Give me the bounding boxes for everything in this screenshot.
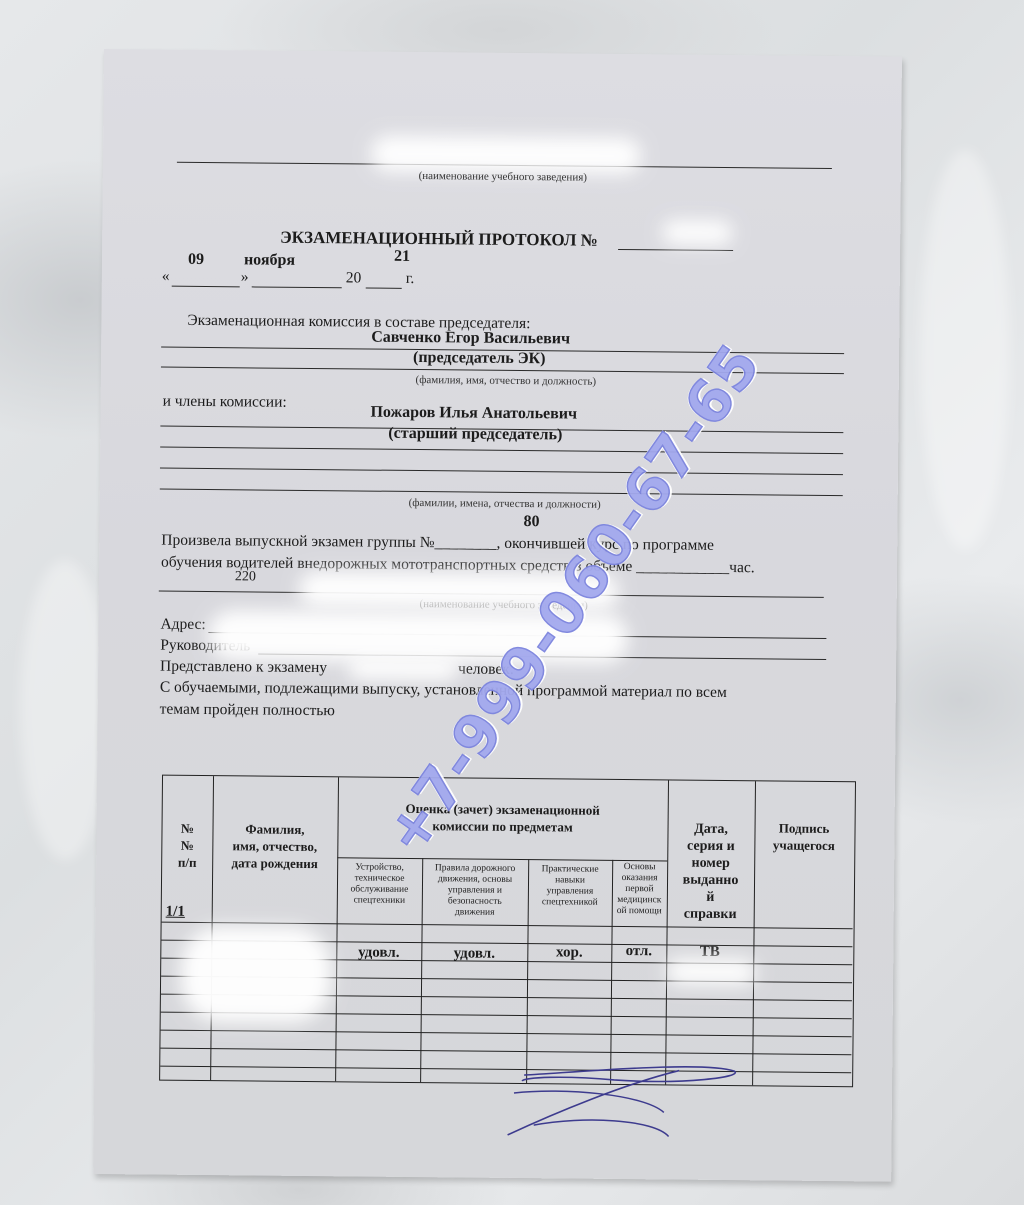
group-number: 80	[523, 513, 539, 531]
redacted-certificate-number	[666, 958, 756, 985]
row-number: 1/1	[166, 904, 185, 921]
date-month-line	[252, 286, 342, 288]
col-header-subject-4: Основы оказания первой медицинск ой помо…	[612, 862, 668, 918]
col-header-name: Фамилия, имя, отчество, дата рождения	[212, 820, 337, 872]
grade-subject-3: хор.	[527, 944, 611, 962]
members-line-4	[160, 489, 843, 497]
hours-value: 220	[235, 569, 256, 585]
presented-label: Представлено к экзамену	[160, 658, 327, 678]
date-day: 09	[188, 251, 204, 269]
col-header-signature: Подпись учащегося	[754, 819, 853, 854]
date-year-line	[366, 288, 402, 289]
grade-subject-2: удовл.	[421, 945, 527, 963]
grade-subject-4: отл.	[611, 943, 666, 961]
redacted-institution	[371, 136, 641, 175]
members-line-3	[160, 468, 843, 476]
redacted-protocol-number	[662, 220, 732, 245]
date-day-line	[172, 286, 240, 288]
grade-subject-1: удовл.	[336, 944, 421, 962]
address-label: Адрес:	[160, 616, 205, 634]
date-year-abbr: г.	[406, 270, 415, 288]
protocol-title: ЭКЗАМЕНАЦИОННЫЙ ПРОТОКОЛ №	[280, 228, 598, 251]
members-label: и члены комиссии:	[163, 393, 287, 412]
member-role: (старший председатель)	[388, 425, 562, 445]
date-close-quote: »	[241, 268, 249, 286]
col-header-subject-1: Устройство, техническое обслуживание спе…	[337, 862, 422, 907]
member-name: Пожаров Илья Анатольевич	[370, 404, 577, 424]
date-month: ноября	[244, 251, 295, 269]
chairman-role: (председатель ЭК)	[413, 349, 546, 368]
date-century: 20	[346, 269, 362, 287]
redacted-presented	[348, 657, 458, 680]
chairman-name: Савченко Егор Васильевич	[371, 329, 570, 349]
col-header-certificate: Дата, серия и номер выданно й справки	[667, 820, 755, 923]
members-line-2	[160, 447, 843, 455]
col-header-number: № № п/п	[162, 820, 212, 871]
cloth-background	[920, 150, 1010, 550]
institution-caption: (наименование учебного заведения)	[303, 169, 703, 185]
col-header-subject-2: Правила дорожного движения, основы управ…	[422, 863, 529, 919]
redacted-student-name	[181, 926, 332, 1023]
chairman-caption: (фамилия, имя, отчество и должность)	[301, 373, 711, 389]
exam-protocol-sheet: (наименование учебного заведения) ЭКЗАМЕ…	[93, 49, 902, 1182]
exam-results-table: № № п/п Фамилия, имя, отчество, дата рож…	[159, 775, 856, 1088]
protocol-number-line	[618, 249, 733, 251]
date-year: 21	[394, 248, 410, 266]
signature-scribble	[503, 1063, 764, 1155]
paragraph-line-1: Произвела выпускной экзамен группы №____…	[161, 532, 851, 557]
date-open-quote: «	[162, 268, 170, 286]
program-text-2: темам пройден полностью	[160, 701, 335, 721]
col-header-subject-3: Практические навыки управления спецтехни…	[528, 864, 612, 909]
